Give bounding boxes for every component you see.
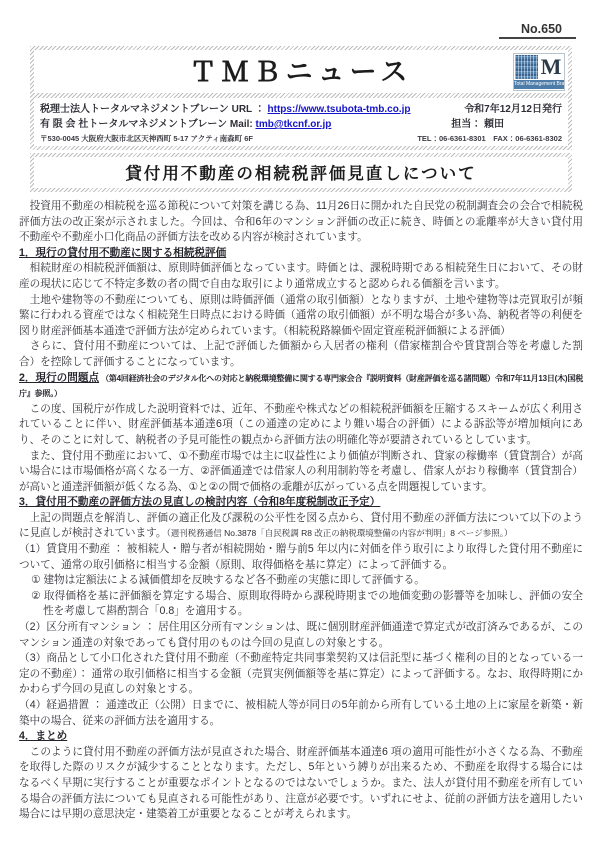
issue-date: 令和7年12月12日発行 (464, 102, 562, 117)
article-title: 貸付用不動産の相続税評価見直しについて (34, 157, 568, 188)
publisher-info: 税理士法人トータルマネジメントブレーン URL ： https://www.ts… (34, 98, 568, 146)
section-heading-text: 3．貸付用不動産の評価方法の見直しの検討内容（令和8年度税制改正予定） (19, 496, 380, 508)
paragraph: 投資用不動産の相続税を巡る節税について対策を講じる為、11月26日に開かれた自民… (19, 199, 583, 246)
paragraph: また、貸付用不動産において、①不動産市場では主に収益性により価値が判断され、貸家… (19, 449, 583, 496)
tel-fax: TEL：06-6361-8301 FAX：06-6361-8302 (417, 133, 562, 144)
paragraph: この度、国税庁が作成した説明資料では、近年、不動産や株式などの相続税評価額を圧縮… (19, 402, 583, 449)
section-heading: 4．まとめ (19, 729, 583, 745)
publisher-line1: 税理士法人トータルマネジメントブレーン URL ： https://www.ts… (40, 102, 410, 117)
org2-name: 有 限 会 社トータルマネジメントブレーン (40, 119, 227, 130)
logo-caption: Total Management Brain (514, 80, 564, 89)
paragraph: さらに、貸付用不動産については、上記で評価した価額から入居者の権利（借家権割合や… (19, 339, 583, 370)
company-address: 〒530-0045 大阪府大阪市北区天神西町 5-17 アクティ南森町 6F (40, 133, 253, 144)
website-link[interactable]: https://www.tsubota-tmb.co.jp (268, 104, 411, 115)
section-heading: 2．現行の問題点 （第4回経済社会のデジタル化への対応と納税環境整備に関する専門… (19, 371, 583, 402)
logo-monogram: M (538, 54, 564, 80)
section-heading-text: 4．まとめ (19, 730, 67, 742)
paragraph: 上記の問題点を解消し、評価の適正化及び課税の公平性を図る点から、貸付用不動産の評… (19, 511, 583, 542)
inline-reference-note: （週刊税務通信 No.3878「自民税調 R8 改正の納税環境整備の内容が判明」… (166, 528, 512, 538)
section-heading-note: （第4回経済社会のデジタル化への対応と納税環境整備に関する専門家会合『説明資料（… (19, 374, 583, 399)
company-logo: M Total Management Brain (513, 53, 565, 91)
numbered-item: ② 取得価格を基に評価額を算定する場合、原則取得時から課税時期までの地価変動の影… (19, 589, 583, 620)
newsletter-title: ＴＭＢニュース (190, 57, 413, 87)
masthead: ＴＭＢニュース M Total Management Brain (34, 50, 568, 93)
section-heading: 3．貸付用不動産の評価方法の見直しの検討内容（令和8年度税制改正予定） (19, 495, 583, 511)
paragraph: 土地や建物等の不動産についても、原則は時価評価（通常の取引価額）となりますが、土… (19, 293, 583, 340)
paragraph: （4）経過措置 ： 通達改正（公開）日までに、被相続人等が同日の5年前から所有し… (19, 698, 583, 729)
paragraph: （2）区分所有マンション ： 居住用区分所有マンションは、既に個別財産評価通達で… (19, 620, 583, 651)
mail-link[interactable]: tmb@tkcnf.or.jp (255, 119, 331, 130)
contact-person: 担当： 頼田 (451, 117, 562, 132)
url-label: URL ： (232, 104, 265, 115)
paragraph: （3）商品として小口化された貸付用不動産（不動産特定共同事業契約又は信託型に基づ… (19, 651, 583, 698)
document-body: 投資用不動産の相続税を巡る節税について対策を講じる為、11月26日に開かれた自民… (19, 199, 583, 823)
org1-name: 税理士法人トータルマネジメントブレーン (40, 104, 229, 115)
document-number: No.650 (499, 22, 576, 39)
section-heading-text: 1．現行の貸付用不動産に関する相続税評価 (19, 247, 226, 259)
section-heading: 1．現行の貸付用不動産に関する相続税評価 (19, 246, 583, 262)
paragraph: このように貸付用不動産の評価方法が見直された場合、財産評価基本通達6 項の適用可… (19, 745, 583, 823)
publisher-line2: 有 限 会 社トータルマネジメントブレーン Mail: tmb@tkcnf.or… (40, 117, 331, 132)
logo-mosaic-icon (515, 55, 538, 79)
masthead-box: ＴＭＢニュース M Total Management Brain 税理士法人トー… (30, 46, 572, 150)
paragraph: （1）賃貸用不動産 ： 被相続人・贈与者が相続開始・贈与前5 年以内に対価を伴う… (19, 542, 583, 573)
section-heading-text: 2．現行の問題点 (19, 372, 99, 384)
article-title-box: 貸付用不動産の相続税評価見直しについて (30, 153, 572, 192)
paragraph: 相続財産の相続税評価額は、原則時価評価となっています。時価とは、課税時期である相… (19, 261, 583, 292)
numbered-item: ① 建物は定額法による減価償却を反映するなど各不動産の実態に即して評価する。 (19, 573, 583, 589)
mail-label: Mail: (230, 119, 253, 130)
